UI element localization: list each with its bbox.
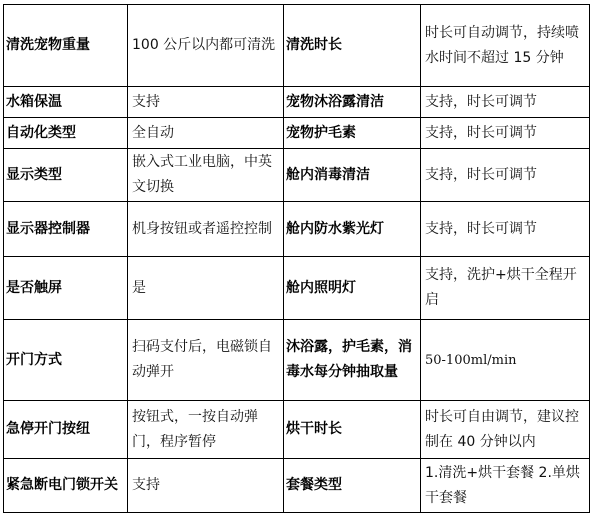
spec-value: 支持，时长可调节	[421, 149, 590, 202]
spec-label: 是否触屏	[4, 257, 128, 320]
spec-value: 时长可自由调节，建议控制在 40 分钟以内	[421, 401, 590, 459]
spec-label: 沐浴露，护毛素，消毒水每分钟抽取量	[284, 320, 421, 401]
spec-value: 支持，洗护+烘干全程开启	[421, 257, 590, 320]
spec-label: 舱内防水紫光灯	[284, 202, 421, 257]
spec-label: 舱内消毒清洁	[284, 149, 421, 202]
spec-label: 显示类型	[4, 149, 128, 202]
spec-value: 100 公斤以内都可清洗	[128, 5, 284, 87]
spec-label: 急停开门按纽	[4, 401, 128, 459]
table-row: 急停开门按纽 按钮式，一按自动弹门，程序暂停 烘干时长 时长可自由调节，建议控制…	[4, 401, 590, 459]
table-row: 是否触屏 是 舱内照明灯 支持，洗护+烘干全程开启	[4, 257, 590, 320]
spec-value: 支持	[128, 87, 284, 118]
table-row: 水箱保温 支持 宠物沐浴露清洁 支持，时长可调节	[4, 87, 590, 118]
spec-label: 套餐类型	[284, 459, 421, 513]
table-row: 显示类型 嵌入式工业电脑，中英文切换 舱内消毒清洁 支持，时长可调节	[4, 149, 590, 202]
spec-label: 烘干时长	[284, 401, 421, 459]
spec-label: 宠物护毛素	[284, 118, 421, 149]
spec-value: 时长可自动调节，持续喷水时间不超过 15 分钟	[421, 5, 590, 87]
spec-label: 舱内照明灯	[284, 257, 421, 320]
spec-value: 嵌入式工业电脑，中英文切换	[128, 149, 284, 202]
spec-value: 支持，时长可调节	[421, 118, 590, 149]
spec-value: 50-100ml/min	[421, 320, 590, 401]
spec-label: 自动化类型	[4, 118, 128, 149]
spec-value: 全自动	[128, 118, 284, 149]
spec-label: 显示器控制器	[4, 202, 128, 257]
spec-value: 支持	[128, 459, 284, 513]
table-row: 清洗宠物重量 100 公斤以内都可清洗 清洗时长 时长可自动调节，持续喷水时间不…	[4, 5, 590, 87]
spec-value: 支持，时长可调节	[421, 202, 590, 257]
table-row: 紧急断电门锁开关 支持 套餐类型 1.清洗+烘干套餐 2.单烘干套餐	[4, 459, 590, 513]
spec-value: 1.清洗+烘干套餐 2.单烘干套餐	[421, 459, 590, 513]
spec-value: 按钮式，一按自动弹门，程序暂停	[128, 401, 284, 459]
spec-value: 机身按钮或者遥控控制	[128, 202, 284, 257]
spec-value: 支持，时长可调节	[421, 87, 590, 118]
spec-table: 清洗宠物重量 100 公斤以内都可清洗 清洗时长 时长可自动调节，持续喷水时间不…	[3, 4, 590, 513]
table-row: 显示器控制器 机身按钮或者遥控控制 舱内防水紫光灯 支持，时长可调节	[4, 202, 590, 257]
table-row: 自动化类型 全自动 宠物护毛素 支持，时长可调节	[4, 118, 590, 149]
spec-label: 宠物沐浴露清洁	[284, 87, 421, 118]
spec-value: 是	[128, 257, 284, 320]
spec-label: 清洗时长	[284, 5, 421, 87]
spec-label: 清洗宠物重量	[4, 5, 128, 87]
spec-label: 开门方式	[4, 320, 128, 401]
spec-label: 水箱保温	[4, 87, 128, 118]
table-row: 开门方式 扫码支付后，电磁锁自动弹开 沐浴露，护毛素，消毒水每分钟抽取量 50-…	[4, 320, 590, 401]
spec-label: 紧急断电门锁开关	[4, 459, 128, 513]
spec-value: 扫码支付后，电磁锁自动弹开	[128, 320, 284, 401]
